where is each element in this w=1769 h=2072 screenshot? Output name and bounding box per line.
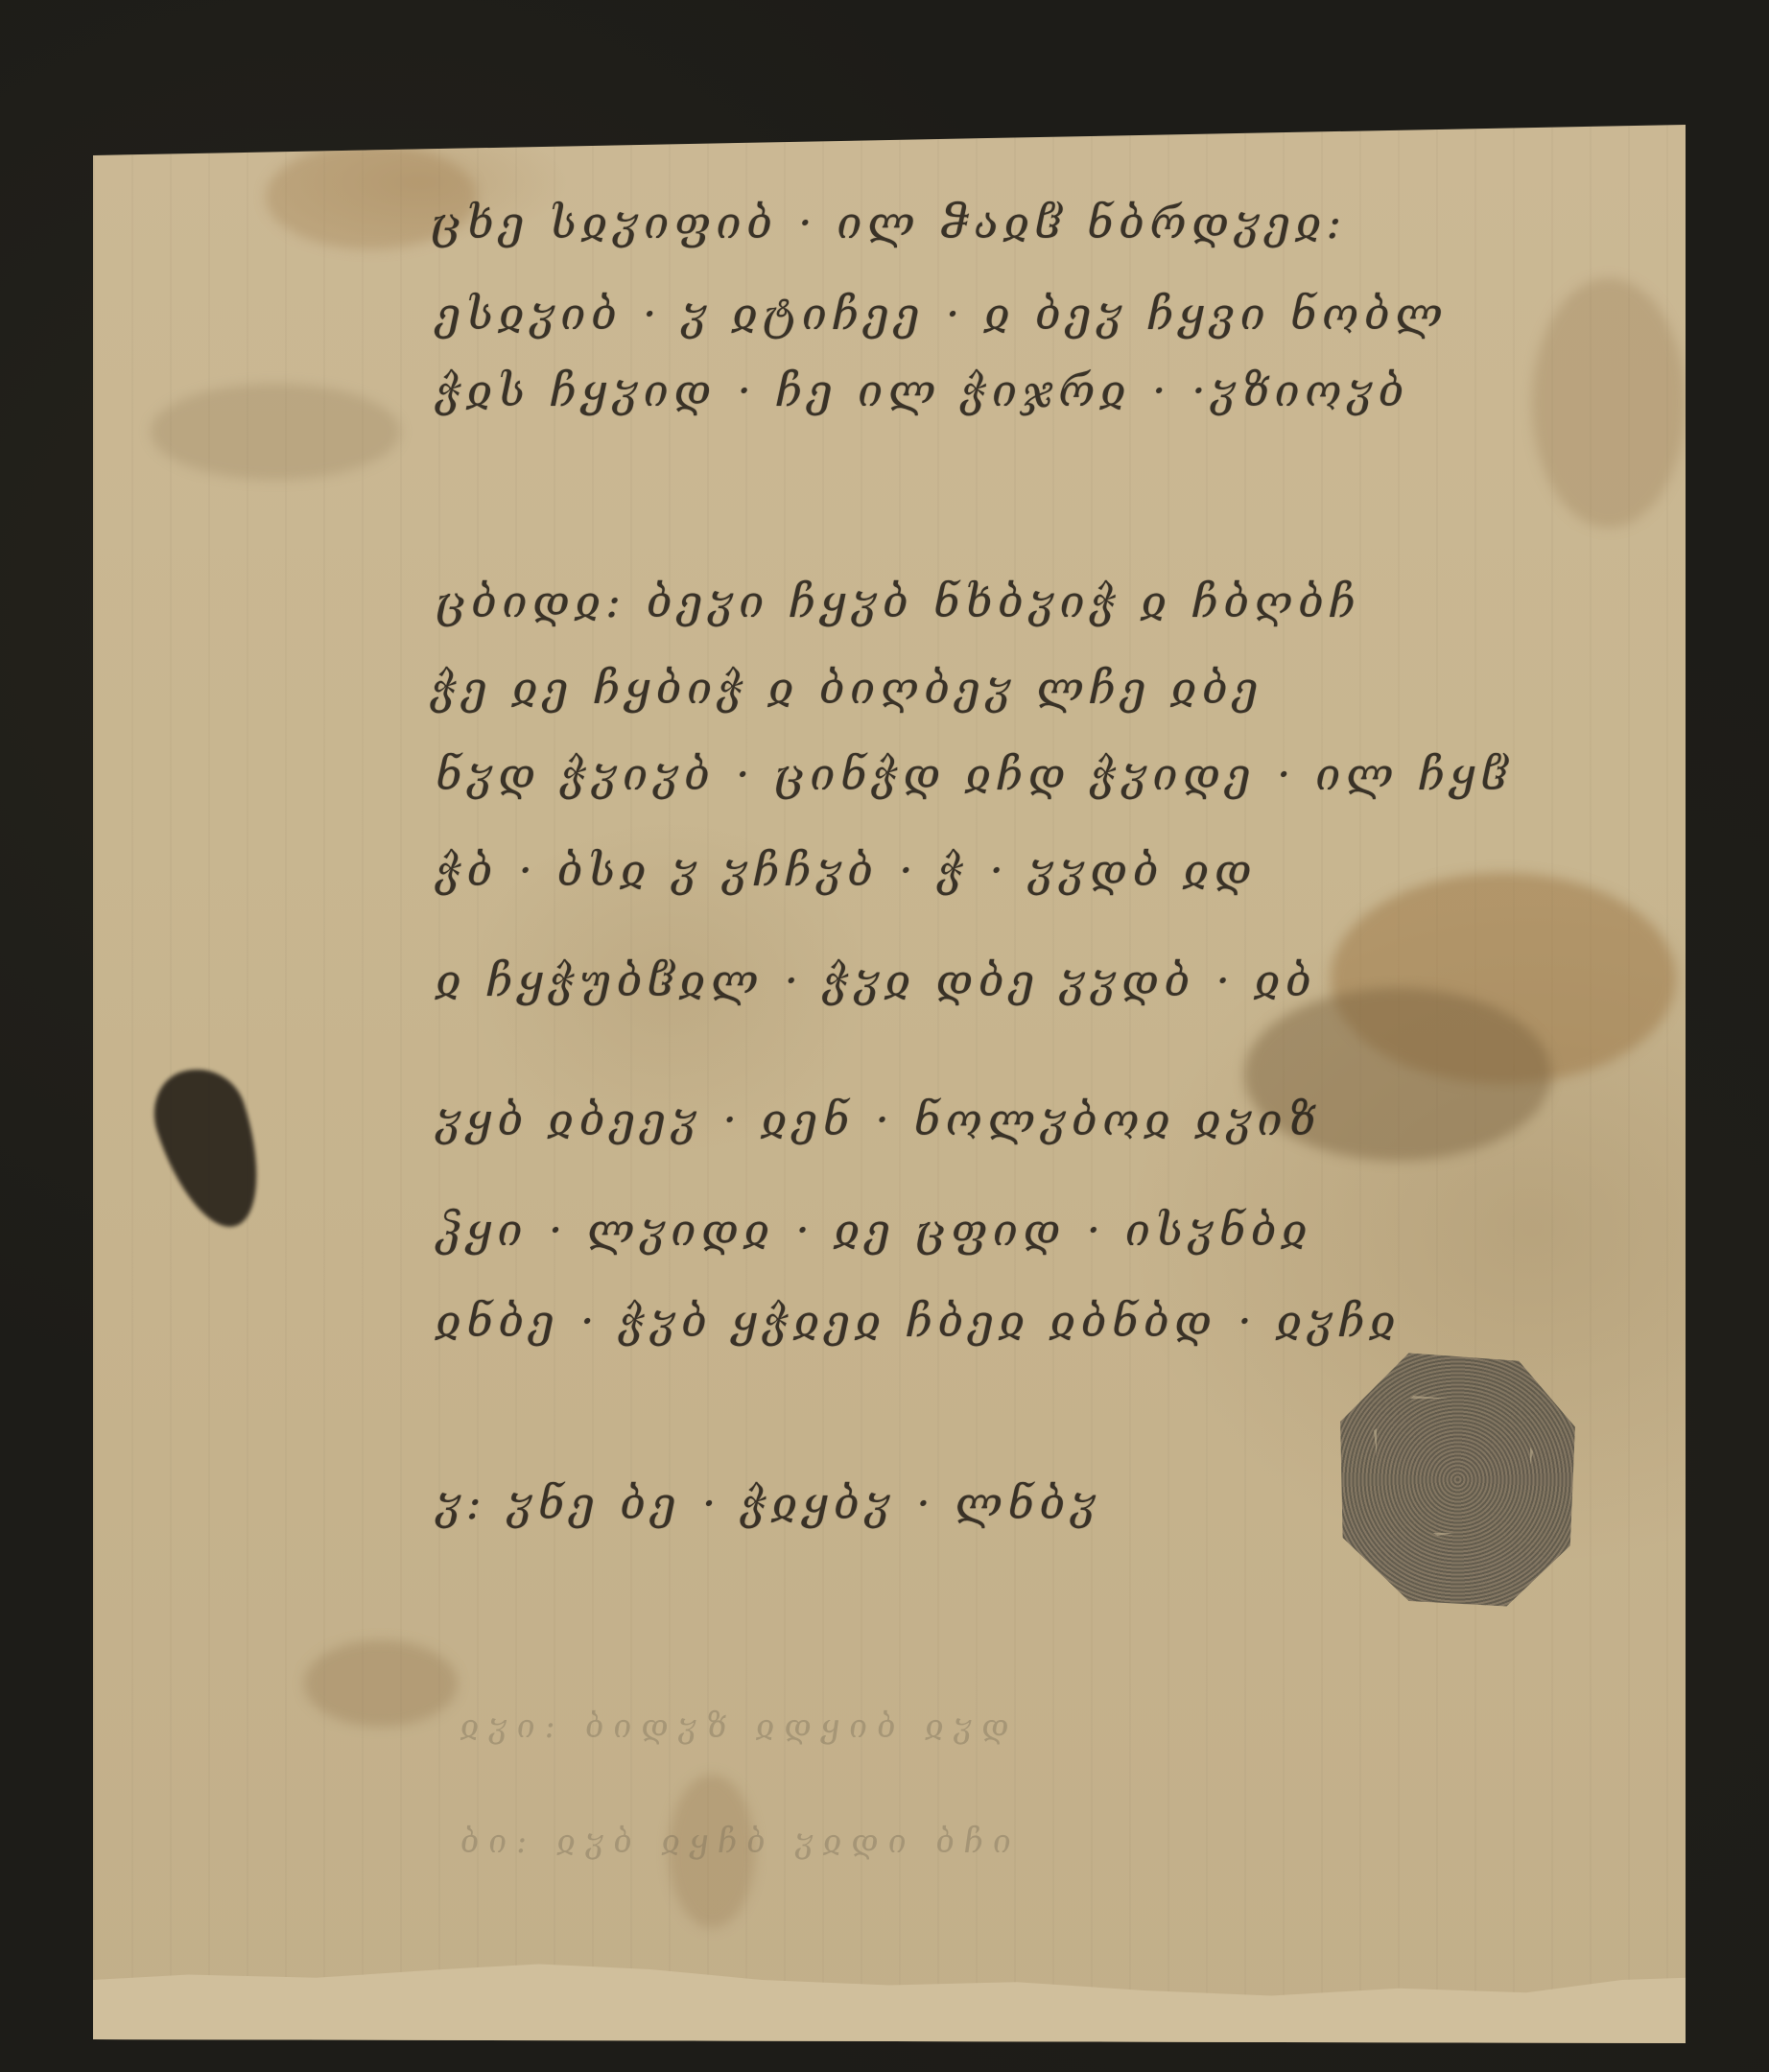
manuscript-line-1: ცხე სჲჳიფიბ · ილ ჵაჲჱ ნბრდჳეჲ:: [426, 197, 1354, 248]
manuscript-line-2: ესჲჳიბ · ჳ ჲტიჩეე · ჲ ბეჳ ჩყვი ნობლ: [431, 288, 1454, 340]
manuscript-line-11: ჲნბე · ჭჳბ ყჭჲეჲ ჩბეჲ ჲბნბდ · ჲჳჩჲ: [431, 1295, 1407, 1347]
manuscript-line-8: ჲ ჩყჭუბჱჲლ · ჭჳჲ დბე ჳჳდბ · ჲბ: [431, 954, 1323, 1006]
water-stain-top-right: [1532, 278, 1686, 528]
manuscript-line-9: ჳყბ ჲბეეჳ · ჲენ · ნოლჳბოჲ ჲჳიზ: [431, 1094, 1327, 1145]
bleed-through-line-1: ჲჳი: ბიდჳზ ჲდყიბ ჲჳდ: [458, 1707, 1021, 1746]
manuscript-line-6: ნჳდ ჭჳიჳბ · ცინჭდ ჲჩდ ჭჳიდე · ილ ჩყჱ: [431, 748, 1520, 800]
water-stain-left: [151, 384, 400, 480]
manuscript-line-7: ჭბ · ბსჲ ჳ ჳჩჩჳბ · ჭ · ჳჳდბ ჲდ: [431, 844, 1263, 896]
bleed-through-line-2: ბი: ჲჳბ ჲყჩბ ჳჲდი ბჩი: [458, 1823, 1024, 1861]
manuscript-line-12: ჳ: ჳნე ბე · ჭჲყბჳ · ლნბჳ: [431, 1477, 1107, 1529]
manuscript-line-3: ჭჲს ჩყჳიდ · ჩე ილ ჭიჯრჲ · ·ჳზიოჳბ: [431, 365, 1415, 416]
manuscript-line-4: ცბიდჲ: ბეჳი ჩყჳბ ნხბჳიჭ ჲ ჩბღბჩ: [431, 576, 1367, 627]
water-stain-bottom-left: [304, 1640, 458, 1727]
manuscript-line-10: ჴყი · ლჳიდჲ · ჲე ცფიდ · ისჳნბჲ: [431, 1204, 1319, 1256]
manuscript-line-5: ჭე ჲე ჩყბიჭ ჲ ბიღბეჳ ლჩე ჲბე: [426, 662, 1270, 714]
seal-inner-border: [1374, 1396, 1533, 1536]
